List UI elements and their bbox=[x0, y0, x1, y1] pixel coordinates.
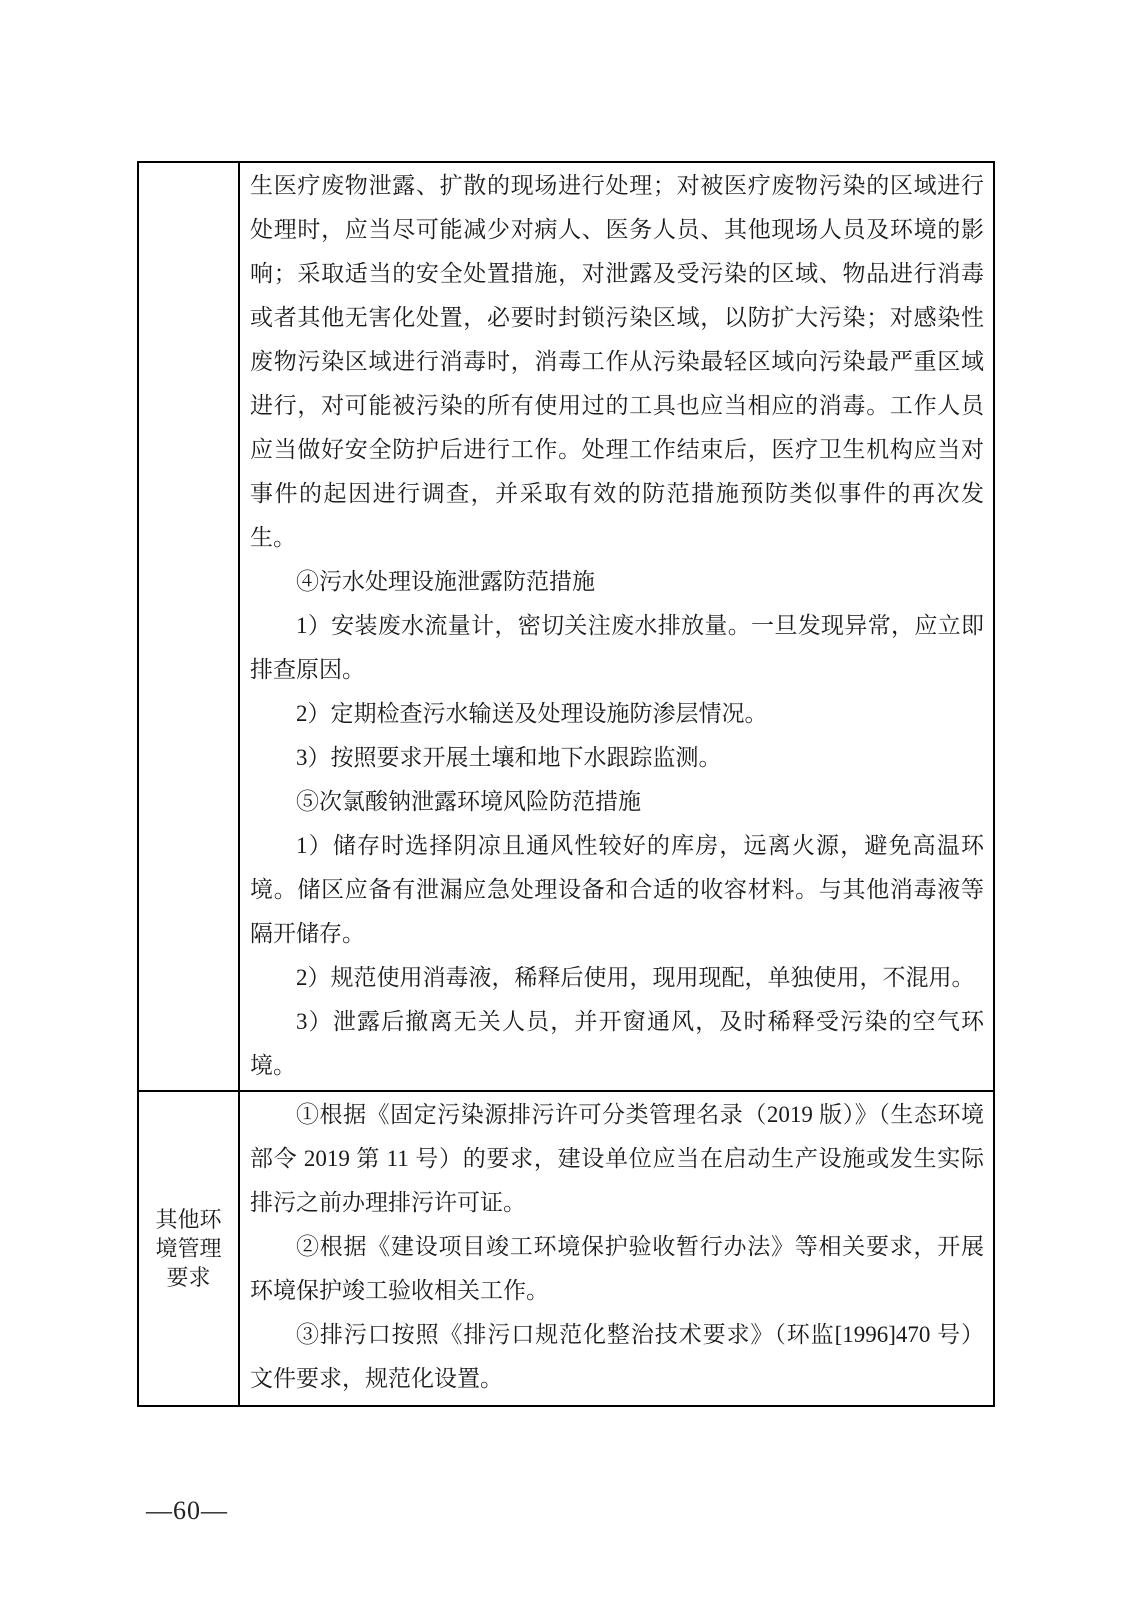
paragraph: ②根据《建设项目竣工环境保护验收暂行办法》等相关要求，开展环境保护竣工验收相关工… bbox=[250, 1225, 984, 1313]
paragraph: 1）安装废水流量计，密切关注废水排放量。一旦发现异常，应立即排查原因。 bbox=[250, 604, 984, 692]
paragraph: ⑤次氯酸钠泄露环境风险防范措施 bbox=[250, 780, 984, 824]
row-content-cell: 生医疗废物泄露、扩散的现场进行处理；对被医疗废物污染的区域进行处理时，应当尽可能… bbox=[240, 163, 993, 1090]
row-label-cell: 其他环境管理要求 bbox=[139, 1092, 240, 1405]
paragraph: ①根据《固定污染源排污许可分类管理名录（2019 版）》（生态环境部令 2019… bbox=[250, 1093, 984, 1225]
paragraph: ④污水处理设施泄露防范措施 bbox=[250, 560, 984, 604]
paragraph: 生医疗废物泄露、扩散的现场进行处理；对被医疗废物污染的区域进行处理时，应当尽可能… bbox=[250, 164, 984, 560]
table-row-risk-measures: 生医疗废物泄露、扩散的现场进行处理；对被医疗废物污染的区域进行处理时，应当尽可能… bbox=[139, 163, 993, 1090]
paragraph: 3）泄露后撤离无关人员，并开窗通风，及时稀释受污染的空气环境。 bbox=[250, 1000, 984, 1088]
paragraph: ③排污口按照《排污口规范化整治技术要求》（环监[1996]470 号）文件要求，… bbox=[250, 1313, 984, 1401]
row-label-cell-empty bbox=[139, 163, 240, 1090]
page-number: —60— bbox=[146, 1496, 228, 1526]
environment-management-table: 生医疗废物泄露、扩散的现场进行处理；对被医疗废物污染的区域进行处理时，应当尽可能… bbox=[137, 161, 995, 1407]
paragraph: 2）规范使用消毒液，稀释后使用，现用现配，单独使用，不混用。 bbox=[250, 956, 984, 1000]
paragraph: 4）泄露后采用惰性材料吸收，地面进行擦洗。清洁人员要戴口罩和手套，不直接接触泄漏… bbox=[250, 1088, 984, 1090]
paragraph: 3）按照要求开展土壤和地下水跟踪监测。 bbox=[250, 736, 984, 780]
table-row-other-requirements: 其他环境管理要求 ①根据《固定污染源排污许可分类管理名录（2019 版）》（生态… bbox=[139, 1090, 993, 1405]
row-content-cell: ①根据《固定污染源排污许可分类管理名录（2019 版）》（生态环境部令 2019… bbox=[240, 1092, 993, 1405]
document-page: 生医疗废物泄露、扩散的现场进行处理；对被医疗废物污染的区域进行处理时，应当尽可能… bbox=[0, 0, 1131, 1600]
paragraph: 2）定期检查污水输送及处理设施防渗层情况。 bbox=[250, 692, 984, 736]
paragraph: 1）储存时选择阴凉且通风性较好的库房，远离火源，避免高温环境。储区应备有泄漏应急… bbox=[250, 824, 984, 956]
row-label: 其他环境管理要求 bbox=[156, 1205, 222, 1292]
